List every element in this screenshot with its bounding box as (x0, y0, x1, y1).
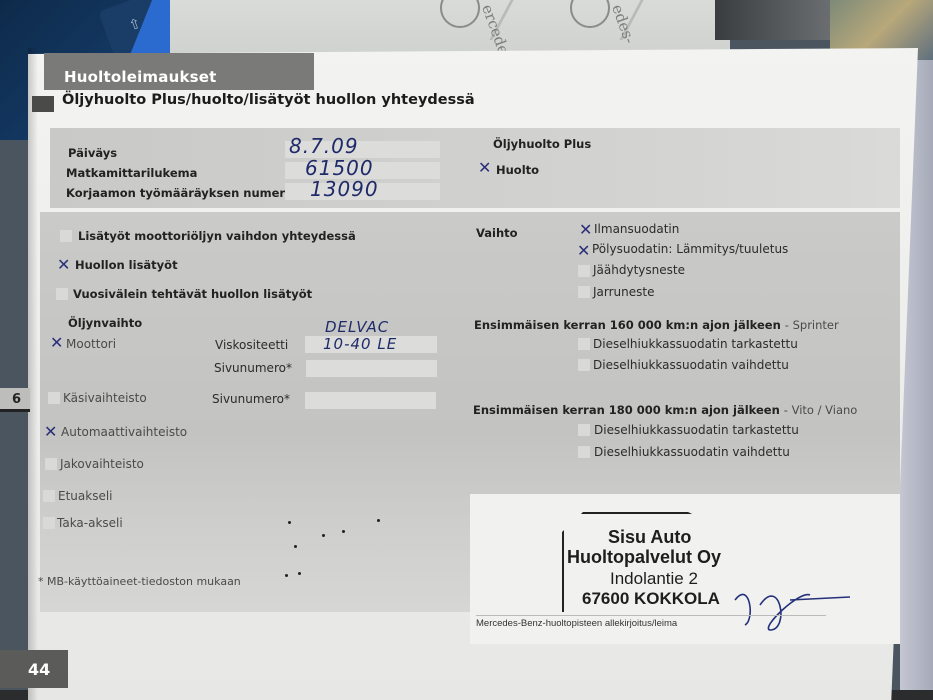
automatic-gearbox-label: Automaattivaihteisto (61, 425, 187, 439)
signature-line (476, 615, 826, 616)
chapter-tab: 6 (0, 388, 30, 412)
air-filter-label: Ilmansuodatin (594, 222, 679, 236)
background-dark-object (715, 0, 835, 40)
stamp-line-2: Huoltopalvelut Oy (567, 547, 721, 568)
vito-model: - Vito / Viano (784, 403, 858, 417)
date-label: Päiväys (68, 146, 117, 160)
sprinter-model: - Sprinter (785, 318, 839, 332)
sprinter-title-text: Ensimmäisen kerran 160 000 km:n ajon jäl… (474, 318, 781, 332)
page-subtitle: Öljyhuolto Plus/huolto/lisätyöt huollon … (62, 92, 475, 108)
checkbox-additional-oil[interactable] (60, 230, 72, 242)
work-order-label: Korjaamon työmääräyksen numero (66, 186, 293, 200)
checkbox-annual-work[interactable] (56, 288, 68, 300)
sprinter-inspected-label: Dieselhiukkassuodatin tarkastettu (593, 337, 798, 351)
ink-dot (298, 572, 301, 575)
ink-dot (342, 530, 345, 533)
work-order-value: 13090 (310, 177, 379, 201)
rear-axle-label: Taka-akseli (57, 516, 123, 530)
service-type-huolto[interactable]: Huolto (496, 163, 539, 177)
brake-fluid-label: Jarruneste (593, 285, 654, 299)
mercedes-logo-icon (440, 0, 480, 28)
page-number-field-2[interactable] (305, 392, 436, 409)
service-extra-label: Huollon lisätyöt (75, 258, 178, 272)
vito-inspected-label: Dieselhiukkassuodatin tarkastettu (594, 423, 799, 437)
page-number-label: Sivunumero* (214, 361, 292, 375)
viscosity-value-line1: DELVAC (325, 318, 389, 336)
sprinter-replaced-label: Dieselhiukkassuodatin vaihdettu (593, 358, 789, 372)
brand-text: edes- (608, 2, 639, 46)
sprinter-title: Ensimmäisen kerran 160 000 km:n ajon jäl… (474, 318, 839, 332)
ink-dot (377, 519, 380, 522)
odometer-label: Matkamittarilukema (66, 166, 197, 180)
viscosity-label: Viskositeetti (215, 338, 288, 352)
service-type-oil-plus[interactable]: Öljyhuolto Plus (493, 137, 591, 151)
date-value: 8.7.09 (289, 134, 359, 158)
vito-replaced-label: Dieselhiukkassuodatin vaihdettu (594, 445, 790, 459)
annual-work-label: Vuosivälein tehtävät huollon lisätyöt (73, 287, 312, 301)
checkbox-vito-replaced[interactable] (578, 446, 590, 458)
front-axle-label: Etuakseli (58, 489, 113, 503)
checkbox-brake-fluid[interactable] (578, 286, 590, 298)
vito-title: Ensimmäisen kerran 180 000 km:n ajon jäl… (473, 403, 857, 417)
section-title: Huoltoleimaukset (44, 53, 314, 90)
signature-caption: Mercedes-Benz-huoltopisteen allekirjoitu… (476, 618, 677, 629)
checkmark-x-icon: ✕ (478, 160, 491, 176)
transfer-case-label: Jakovaihteisto (60, 457, 144, 471)
oil-change-title: Öljynvaihto (68, 316, 142, 330)
checkbox-sprinter-inspected[interactable] (578, 338, 590, 350)
page-number-label: Sivunumero* (212, 392, 290, 406)
page-number: 44 (0, 650, 68, 688)
ink-dot (288, 521, 291, 524)
stamp-line-1: Sisu Auto (608, 527, 691, 548)
signature-scribble (730, 570, 860, 640)
stamp-line-3: Indolantie 2 (610, 569, 698, 589)
replacement-title: Vaihto (476, 226, 518, 240)
checkbox-manual-gearbox[interactable] (48, 392, 60, 404)
checkmark-x-icon: ✕ (50, 335, 63, 351)
cabin-filter-label: Pölysuodatin: Lämmitys/tuuletus (592, 242, 788, 256)
ink-dot (285, 574, 288, 577)
checkbox-coolant[interactable] (578, 265, 590, 277)
checkmark-x-icon: ✕ (44, 424, 57, 440)
checkmark-x-icon: ✕ (57, 257, 70, 273)
mercedes-logo-icon (570, 0, 610, 28)
checkbox-transfer-case[interactable] (45, 458, 57, 470)
stamp-line-4: 67600 KOKKOLA (582, 589, 720, 609)
page-number-field-1[interactable] (306, 360, 437, 377)
additional-oil-label: Lisätyöt moottoriöljyn vaihdon yhteydess… (78, 229, 356, 243)
checkmark-x-icon: ✕ (579, 222, 592, 238)
footnote: * MB-käyttöaineet-tiedoston mukaan (38, 575, 241, 588)
checkbox-rear-axle[interactable] (43, 517, 55, 529)
manual-gearbox-label: Käsivaihteisto (63, 391, 147, 405)
checkmark-x-icon: ✕ (577, 243, 590, 259)
checkbox-vito-inspected[interactable] (578, 424, 590, 436)
checkbox-sprinter-replaced[interactable] (578, 359, 590, 371)
ink-dot (294, 545, 297, 548)
subheader-marker (32, 96, 54, 112)
engine-label: Moottori (66, 337, 116, 351)
coolant-label: Jäähdytysneste (593, 263, 685, 277)
checkbox-front-axle[interactable] (43, 490, 55, 502)
vito-title-text: Ensimmäisen kerran 180 000 km:n ajon jäl… (473, 403, 780, 417)
viscosity-value-line2: 10-40 LE (323, 335, 397, 353)
page-shadow (28, 48, 38, 700)
ink-dot (322, 534, 325, 537)
